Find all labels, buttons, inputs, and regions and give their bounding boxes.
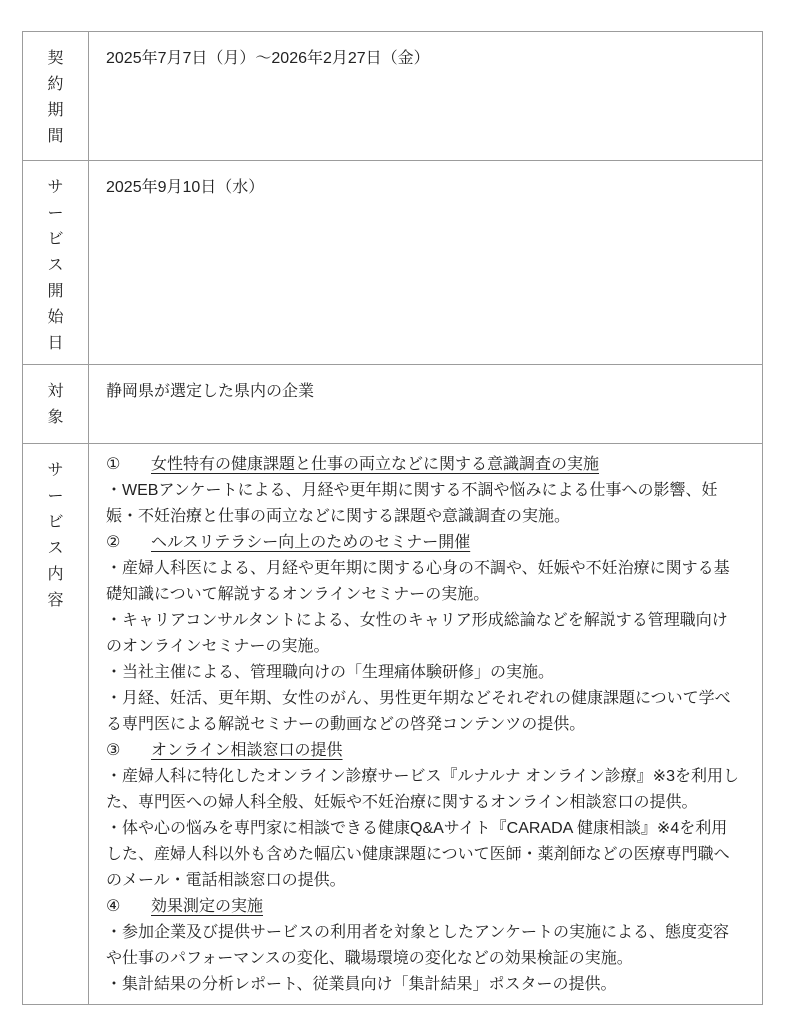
row-value: 2025年9月10日（水）	[89, 161, 762, 209]
row-value-cell: ①女性特有の健康課題と仕事の両立などに関する意識調査の実施・WEBアンケートによ…	[89, 444, 763, 1005]
row-label: サービス内容	[47, 458, 65, 614]
table-row-service-start-date: サービス開始日 2025年9月10日（水）	[23, 161, 763, 365]
table-row-service-content: サービス内容 ①女性特有の健康課題と仕事の両立などに関する意識調査の実施・WEB…	[23, 444, 763, 1005]
row-value-cell: 2025年9月10日（水）	[89, 161, 763, 365]
content-line-bullet: ・産婦人科に特化したオンライン診療サービス『ルナルナ オンライン診療』※3を利用…	[106, 764, 742, 816]
content-line-bullet: ・体や心の悩みを専門家に相談できる健康Q&Aサイト『CARADA 健康相談』※4…	[106, 816, 742, 894]
row-value-cell: 静岡県が選定した県内の企業	[89, 365, 763, 444]
heading-text: 女性特有の健康課題と仕事の両立などに関する意識調査の実施	[151, 456, 599, 473]
content-line-heading: ②ヘルスリテラシー向上のためのセミナー開催	[106, 530, 742, 556]
heading-text: 効果測定の実施	[151, 898, 263, 915]
service-content-list: ①女性特有の健康課題と仕事の両立などに関する意識調査の実施・WEBアンケートによ…	[89, 444, 762, 1004]
row-label-cell: 契約期間	[23, 32, 89, 161]
content-line-bullet: ・参加企業及び提供サービスの利用者を対象としたアンケートの実施による、態度変容や…	[106, 920, 742, 972]
row-value: 2025年7月7日（月）～2026年2月27日（金）	[89, 32, 762, 80]
row-label: 対象	[47, 379, 65, 431]
content-line-bullet: ・月経、妊活、更年期、女性のがん、男性更年期などそれぞれの健康課題について学べる…	[106, 686, 742, 738]
content-line-heading: ①女性特有の健康課題と仕事の両立などに関する意識調査の実施	[106, 452, 742, 478]
content-line-bullet: ・キャリアコンサルタントによる、女性のキャリア形成総論などを解説する管理職向けの…	[106, 608, 742, 660]
heading-text: オンライン相談窓口の提供	[151, 742, 343, 759]
info-table: 契約期間 2025年7月7日（月）～2026年2月27日（金） サービス開始日 …	[22, 31, 763, 1005]
circled-number: ①	[106, 452, 151, 478]
content-line-bullet: ・当社主催による、管理職向けの「生理痛体験研修」の実施。	[106, 660, 742, 686]
circled-number: ④	[106, 894, 151, 920]
heading-text: ヘルスリテラシー向上のためのセミナー開催	[151, 534, 470, 551]
row-value-cell: 2025年7月7日（月）～2026年2月27日（金）	[89, 32, 763, 161]
content-line-bullet: ・産婦人科医による、月経や更年期に関する心身の不調や、妊娠や不妊治療に関する基礎…	[106, 556, 742, 608]
content-line-bullet: ・WEBアンケートによる、月経や更年期に関する不調や悩みによる仕事への影響、妊娠…	[106, 478, 742, 530]
circled-number: ②	[106, 530, 151, 556]
row-label: 契約期間	[47, 46, 65, 150]
table-row-target: 対象 静岡県が選定した県内の企業	[23, 365, 763, 444]
circled-number: ③	[106, 738, 151, 764]
content-line-bullet: ・集計結果の分析レポート、従業員向け「集計結果」ポスターの提供。	[106, 972, 742, 998]
table-row-contract-period: 契約期間 2025年7月7日（月）～2026年2月27日（金）	[23, 32, 763, 161]
content-line-heading: ③オンライン相談窓口の提供	[106, 738, 742, 764]
row-label: サービス開始日	[47, 175, 65, 357]
row-label-cell: サービス開始日	[23, 161, 89, 365]
content-line-heading: ④効果測定の実施	[106, 894, 742, 920]
row-value: 静岡県が選定した県内の企業	[89, 365, 762, 413]
row-label-cell: サービス内容	[23, 444, 89, 1005]
row-label-cell: 対象	[23, 365, 89, 444]
